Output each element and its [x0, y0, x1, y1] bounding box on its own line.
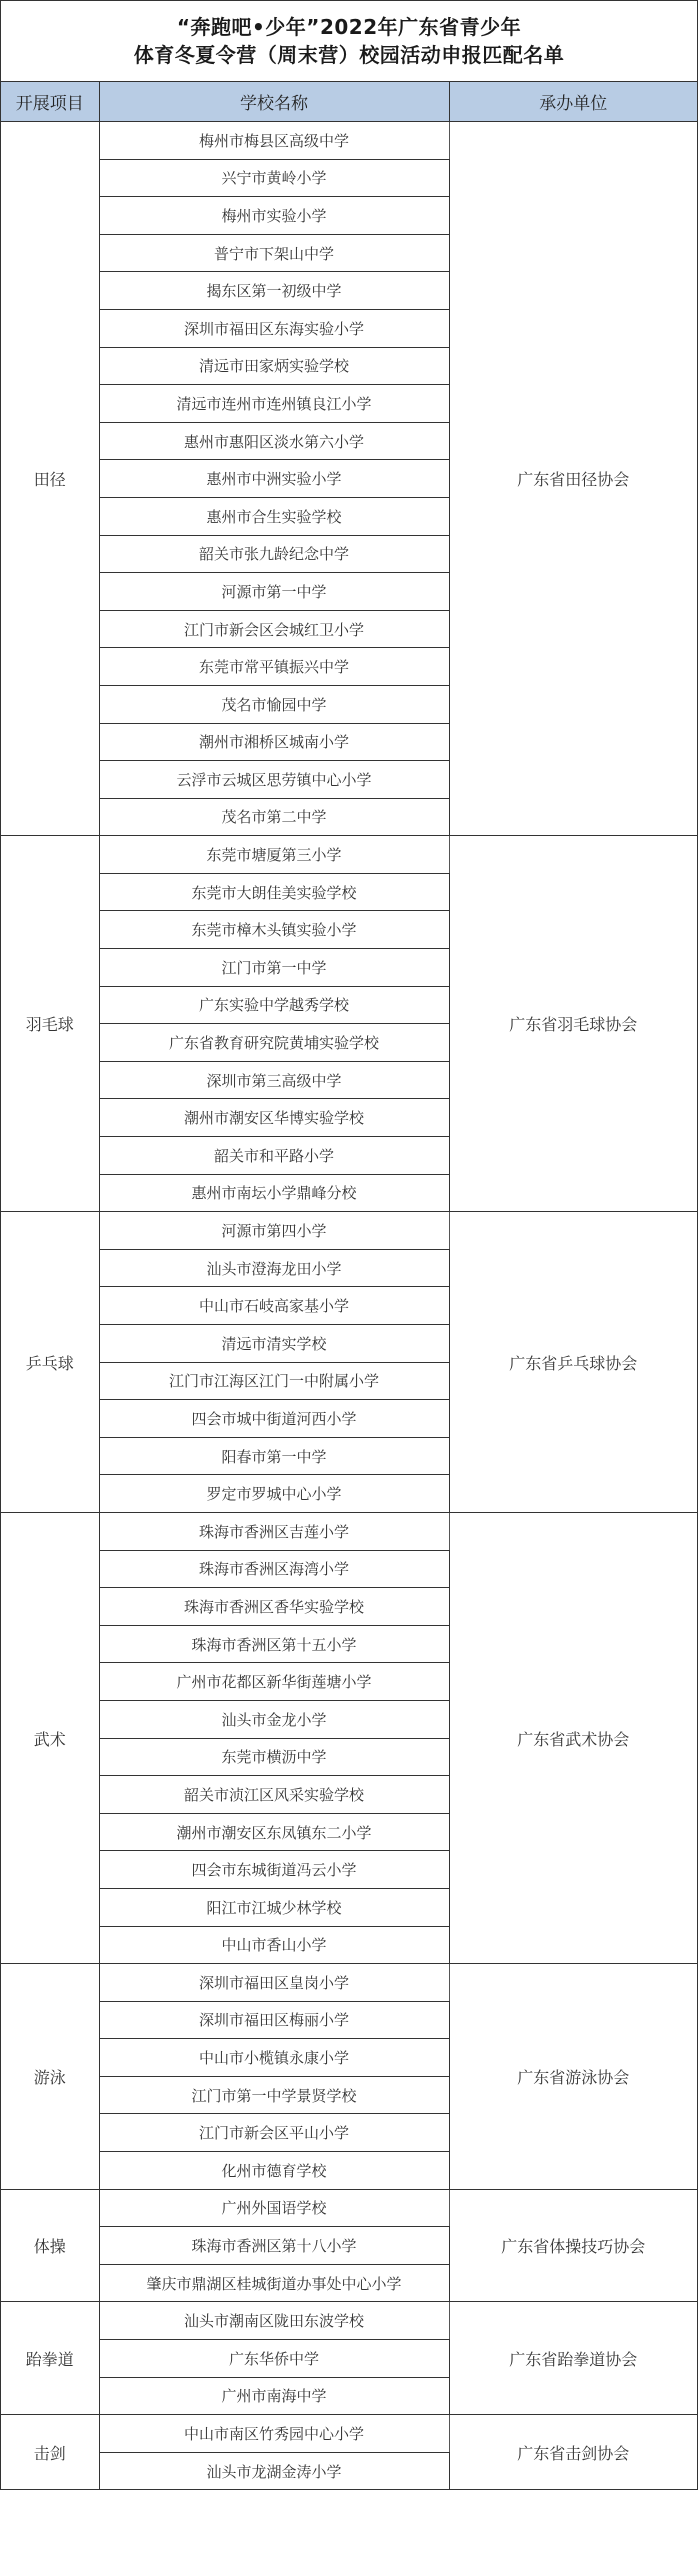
school-cell: 广东省教育研究院黄埔实验学校: [99, 1024, 449, 1062]
school-cell: 兴宁市黄岭小学: [99, 159, 449, 197]
school-cell: 梅州市实验小学: [99, 197, 449, 235]
school-cell: 韶关市张九龄纪念中学: [99, 535, 449, 573]
table-row: 游泳深圳市福田区皇岗小学广东省游泳协会: [1, 1964, 697, 2002]
school-cell: 珠海市香洲区第十五小学: [99, 1625, 449, 1663]
table-header: 开展项目 学校名称 承办单位: [1, 82, 697, 122]
school-cell: 潮州市潮安区东凤镇东二小学: [99, 1813, 449, 1851]
school-cell: 深圳市第三高级中学: [99, 1061, 449, 1099]
table-row: 击剑中山市南区竹秀园中心小学广东省击剑协会: [1, 2415, 697, 2453]
school-cell: 珠海市香洲区香华实验学校: [99, 1588, 449, 1626]
school-cell: 阳春市第一中学: [99, 1437, 449, 1475]
table-row: 跆拳道汕头市潮南区陇田东波学校广东省跆拳道协会: [1, 2302, 697, 2340]
school-cell: 珠海市香洲区第十八小学: [99, 2227, 449, 2265]
school-cell: 汕头市澄海龙田小学: [99, 1249, 449, 1287]
table-row: 羽毛球东莞市塘厦第三小学广东省羽毛球协会: [1, 836, 697, 874]
school-cell: 广州外国语学校: [99, 2189, 449, 2227]
page-title-line-1: “奔跑吧•少年”2022年广东省青少年: [177, 13, 521, 41]
column-header-organizer: 承办单位: [449, 82, 697, 122]
school-cell: 东莞市塘厦第三小学: [99, 836, 449, 874]
organizer-cell: 广东省游泳协会: [449, 1964, 697, 2190]
organizer-cell: 广东省武术协会: [449, 1512, 697, 1963]
school-cell: 广东实验中学越秀学校: [99, 986, 449, 1024]
school-cell: 韶关市浈江区风采实验学校: [99, 1776, 449, 1814]
roster-sheet: “奔跑吧•少年”2022年广东省青少年 体育冬夏令营（周末营）校园活动申报匹配名…: [0, 0, 698, 2490]
school-cell: 深圳市福田区皇岗小学: [99, 1964, 449, 2002]
school-cell: 潮州市潮安区华博实验学校: [99, 1099, 449, 1137]
school-cell: 东莞市樟木头镇实验小学: [99, 911, 449, 949]
table-body: 田径梅州市梅县区高级中学广东省田径协会兴宁市黄岭小学梅州市实验小学普宁市下架山中…: [1, 122, 697, 2490]
school-cell: 罗定市罗城中心小学: [99, 1475, 449, 1513]
page-title-line-2: 体育冬夏令营（周末营）校园活动申报匹配名单: [134, 41, 565, 69]
table-row: 田径梅州市梅县区高级中学广东省田径协会: [1, 122, 697, 160]
school-cell: 清远市田家炳实验学校: [99, 347, 449, 385]
school-cell: 汕头市金龙小学: [99, 1700, 449, 1738]
sport-cell: 跆拳道: [1, 2302, 99, 2415]
school-cell: 清远市连州市连州镇良江小学: [99, 385, 449, 423]
school-cell: 中山市小榄镇永康小学: [99, 2039, 449, 2077]
school-cell: 河源市第四小学: [99, 1212, 449, 1250]
school-cell: 韶关市和平路小学: [99, 1137, 449, 1175]
school-cell: 汕头市龙湖金涛小学: [99, 2452, 449, 2490]
school-cell: 四会市城中街道河西小学: [99, 1400, 449, 1438]
school-cell: 四会市东城街道冯云小学: [99, 1851, 449, 1889]
organizer-cell: 广东省羽毛球协会: [449, 836, 697, 1212]
column-header-school: 学校名称: [99, 82, 449, 122]
sport-cell: 乒乓球: [1, 1212, 99, 1513]
school-cell: 梅州市梅县区高级中学: [99, 122, 449, 160]
table-row: 武术珠海市香洲区吉莲小学广东省武术协会: [1, 1512, 697, 1550]
school-cell: 江门市新会区平山小学: [99, 2114, 449, 2152]
school-cell: 惠州市惠阳区淡水第六小学: [99, 422, 449, 460]
school-cell: 茂名市第二中学: [99, 798, 449, 836]
organizer-cell: 广东省击剑协会: [449, 2415, 697, 2490]
roster-table: 开展项目 学校名称 承办单位 田径梅州市梅县区高级中学广东省田径协会兴宁市黄岭小…: [1, 82, 697, 2490]
school-cell: 惠州市南坛小学鼎峰分校: [99, 1174, 449, 1212]
sport-cell: 体操: [1, 2189, 99, 2302]
table-row: 乒乓球河源市第四小学广东省乒乓球协会: [1, 1212, 697, 1250]
school-cell: 惠州市合生实验学校: [99, 497, 449, 535]
school-cell: 茂名市愉园中学: [99, 685, 449, 723]
organizer-cell: 广东省跆拳道协会: [449, 2302, 697, 2415]
organizer-cell: 广东省田径协会: [449, 122, 697, 836]
table-row: 体操广州外国语学校广东省体操技巧协会: [1, 2189, 697, 2227]
school-cell: 揭东区第一初级中学: [99, 272, 449, 310]
sport-cell: 击剑: [1, 2415, 99, 2490]
column-header-sport: 开展项目: [1, 82, 99, 122]
school-cell: 东莞市常平镇振兴中学: [99, 648, 449, 686]
school-cell: 云浮市云城区思劳镇中心小学: [99, 761, 449, 799]
sport-cell: 田径: [1, 122, 99, 836]
sport-cell: 武术: [1, 1512, 99, 1963]
organizer-cell: 广东省乒乓球协会: [449, 1212, 697, 1513]
school-cell: 江门市第一中学: [99, 949, 449, 987]
school-cell: 深圳市福田区东海实验小学: [99, 309, 449, 347]
school-cell: 广州市南海中学: [99, 2377, 449, 2415]
school-cell: 广东华侨中学: [99, 2340, 449, 2378]
school-cell: 东莞市横沥中学: [99, 1738, 449, 1776]
school-cell: 江门市江海区江门一中附属小学: [99, 1362, 449, 1400]
organizer-cell: 广东省体操技巧协会: [449, 2189, 697, 2302]
school-cell: 汕头市潮南区陇田东波学校: [99, 2302, 449, 2340]
school-cell: 清远市清实学校: [99, 1325, 449, 1363]
school-cell: 化州市德育学校: [99, 2152, 449, 2190]
school-cell: 中山市石岐高家基小学: [99, 1287, 449, 1325]
school-cell: 潮州市湘桥区城南小学: [99, 723, 449, 761]
school-cell: 东莞市大朗佳美实验学校: [99, 873, 449, 911]
school-cell: 广州市花都区新华街莲塘小学: [99, 1663, 449, 1701]
school-cell: 江门市新会区会城红卫小学: [99, 610, 449, 648]
school-cell: 中山市香山小学: [99, 1926, 449, 1964]
school-cell: 河源市第一中学: [99, 573, 449, 611]
school-cell: 珠海市香洲区海湾小学: [99, 1550, 449, 1588]
school-cell: 深圳市福田区梅丽小学: [99, 2001, 449, 2039]
school-cell: 中山市南区竹秀园中心小学: [99, 2415, 449, 2453]
school-cell: 江门市第一中学景贤学校: [99, 2076, 449, 2114]
school-cell: 普宁市下架山中学: [99, 234, 449, 272]
school-cell: 珠海市香洲区吉莲小学: [99, 1512, 449, 1550]
sport-cell: 羽毛球: [1, 836, 99, 1212]
school-cell: 惠州市中洲实验小学: [99, 460, 449, 498]
sport-cell: 游泳: [1, 1964, 99, 2190]
title-block: “奔跑吧•少年”2022年广东省青少年 体育冬夏令营（周末营）校园活动申报匹配名…: [1, 1, 697, 82]
school-cell: 肇庆市鼎湖区桂城街道办事处中心小学: [99, 2264, 449, 2302]
school-cell: 阳江市江城少林学校: [99, 1888, 449, 1926]
